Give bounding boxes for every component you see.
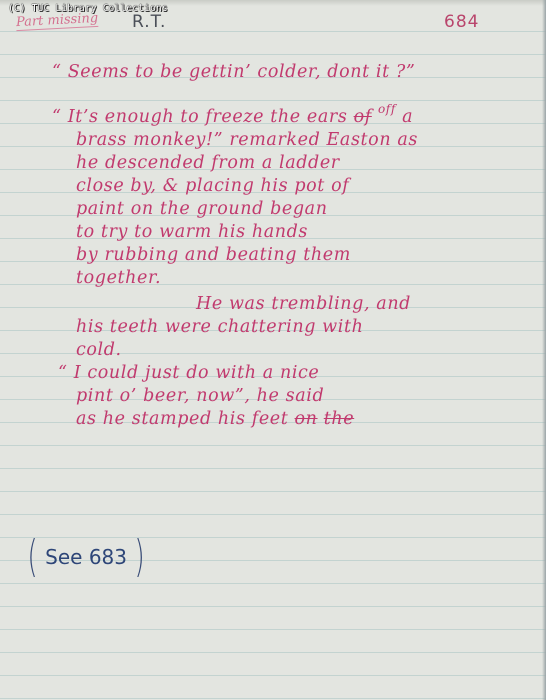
manuscript-line-3: brass monkey!” remarked Easton as	[76, 130, 418, 150]
manuscript-line-1: “ Seems to be gettin’ colder, dont it ?”	[52, 62, 415, 82]
open-parenthesis: (	[27, 535, 37, 579]
see-reference-annotation: ( See 683 )	[24, 535, 148, 579]
struck-word-of: of	[354, 107, 372, 127]
manuscript-line-10: He was trembling, and	[196, 294, 411, 314]
manuscript-line-8: by rubbing and beating them	[76, 245, 351, 265]
manuscript-line-4: he descended from a ladder	[76, 153, 340, 173]
author-initials: R.T.	[132, 12, 166, 32]
manuscript-line-2: “ It’s enough to freeze the ears of off …	[52, 107, 413, 127]
inserted-word-off: off	[378, 102, 396, 116]
manuscript-line-14: pint o’ beer, now”, he said	[76, 386, 324, 406]
manuscript-line-2-text: “ It’s enough to freeze the ears	[52, 107, 347, 127]
manuscript-line-7: to try to warm his hands	[76, 222, 308, 242]
manuscript-line-6: paint on the ground began	[76, 199, 328, 219]
manuscript-line-9: together.	[76, 268, 161, 288]
close-parenthesis: )	[134, 535, 144, 579]
manuscript-line-11: his teeth were chattering with	[76, 317, 363, 337]
manuscript-line-15: as he stamped his feet on the	[76, 409, 354, 429]
see-reference-text: See 683	[45, 545, 127, 569]
manuscript-line-5: close by, & placing his pot of	[76, 176, 349, 196]
manuscript-line-13: “ I could just do with a nice	[58, 363, 319, 383]
manuscript-line-15-text: as he stamped his feet	[76, 409, 288, 429]
manuscript-line-2-end: a	[402, 107, 413, 127]
page-number: 684	[444, 12, 479, 32]
part-missing-note: Part missing	[16, 11, 99, 31]
manuscript-page: (C) TUC Library Collections Part missing…	[0, 0, 546, 700]
manuscript-line-12: cold.	[76, 340, 122, 360]
struck-word-the: the	[324, 409, 354, 429]
struck-word-on: on	[295, 409, 318, 429]
